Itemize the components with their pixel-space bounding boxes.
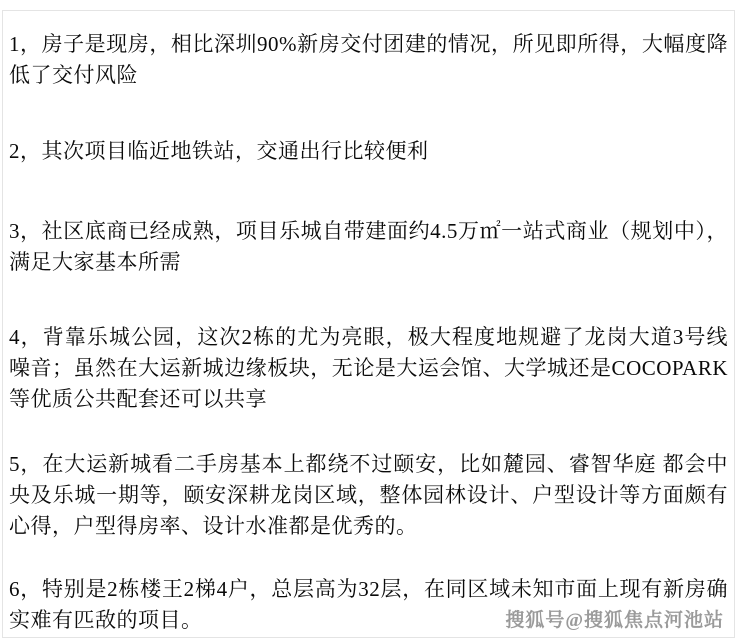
paragraph-2: 2，其次项目临近地铁站，交通出行比较便利	[9, 136, 728, 167]
watermark: 搜狐号@搜狐焦点河池站	[505, 605, 724, 632]
paragraph-1: 1，房子是现房，相比深圳90%新房交付团建的情况，所见即所得，大幅度降低了交付风…	[9, 29, 728, 91]
paragraph-4: 4，背靠乐城公园，这次2栋的尤为亮眼，极大程度地规避了龙岗大道3号线噪音；虽然在…	[9, 322, 728, 415]
article-container: 1，房子是现房，相比深圳90%新房交付团建的情况，所见即所得，大幅度降低了交付风…	[2, 10, 735, 638]
paragraph-3: 3，社区底商已经成熟，项目乐城自带建面约4.5万㎡一站式商业（规划中），满足大家…	[9, 216, 728, 278]
paragraph-5: 5，在大运新城看二手房基本上都绕不过颐安，比如麓园、睿智华庭 都会中央及乐城一期…	[9, 449, 728, 542]
